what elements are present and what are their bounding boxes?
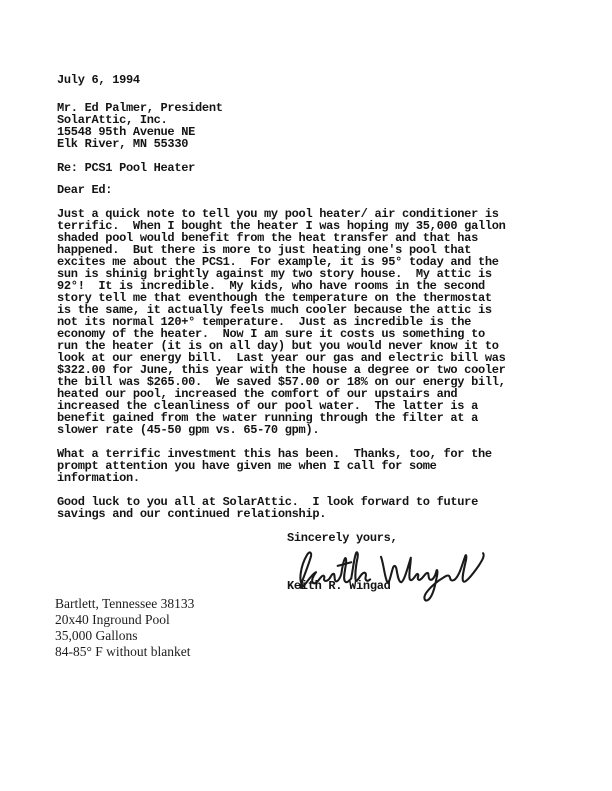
typed-signer-name: Keith R. Wingad <box>287 580 527 592</box>
annotation-temperature: 84-85° F without blanket <box>55 644 194 660</box>
body-paragraph-2: What a terrific investment this has been… <box>57 448 572 484</box>
scanned-letter-page: July 6, 1994 Mr. Ed Palmer, President So… <box>0 0 612 791</box>
recipient-address: Mr. Ed Palmer, President SolarAttic, Inc… <box>57 102 572 150</box>
handwritten-signature <box>283 546 498 602</box>
annotation-location: Bartlett, Tennessee 38133 <box>55 596 194 612</box>
letter-date: July 6, 1994 <box>57 74 572 86</box>
signature-stroke-last-name <box>381 553 484 600</box>
body-paragraph-1: Just a quick note to tell you my pool he… <box>57 208 572 436</box>
subject-line: Re: PCS1 Pool Heater <box>57 162 572 174</box>
recipient-city-state-zip: Elk River, MN 55330 <box>57 138 572 150</box>
body-paragraph-3: Good luck to you all at SolarAttic. I lo… <box>57 496 572 520</box>
signature-stroke-t-crossbar <box>338 562 352 566</box>
signature-block: Sincerely yours, Keith R. Wingad <box>287 532 527 592</box>
bottom-annotation: Bartlett, Tennessee 38133 20x40 Inground… <box>55 596 194 660</box>
letter-body: July 6, 1994 Mr. Ed Palmer, President So… <box>57 74 572 592</box>
complimentary-closing: Sincerely yours, <box>287 532 527 544</box>
salutation: Dear Ed: <box>57 184 572 196</box>
annotation-pool-size: 20x40 Inground Pool <box>55 612 194 628</box>
annotation-gallons: 35,000 Gallons <box>55 628 194 644</box>
